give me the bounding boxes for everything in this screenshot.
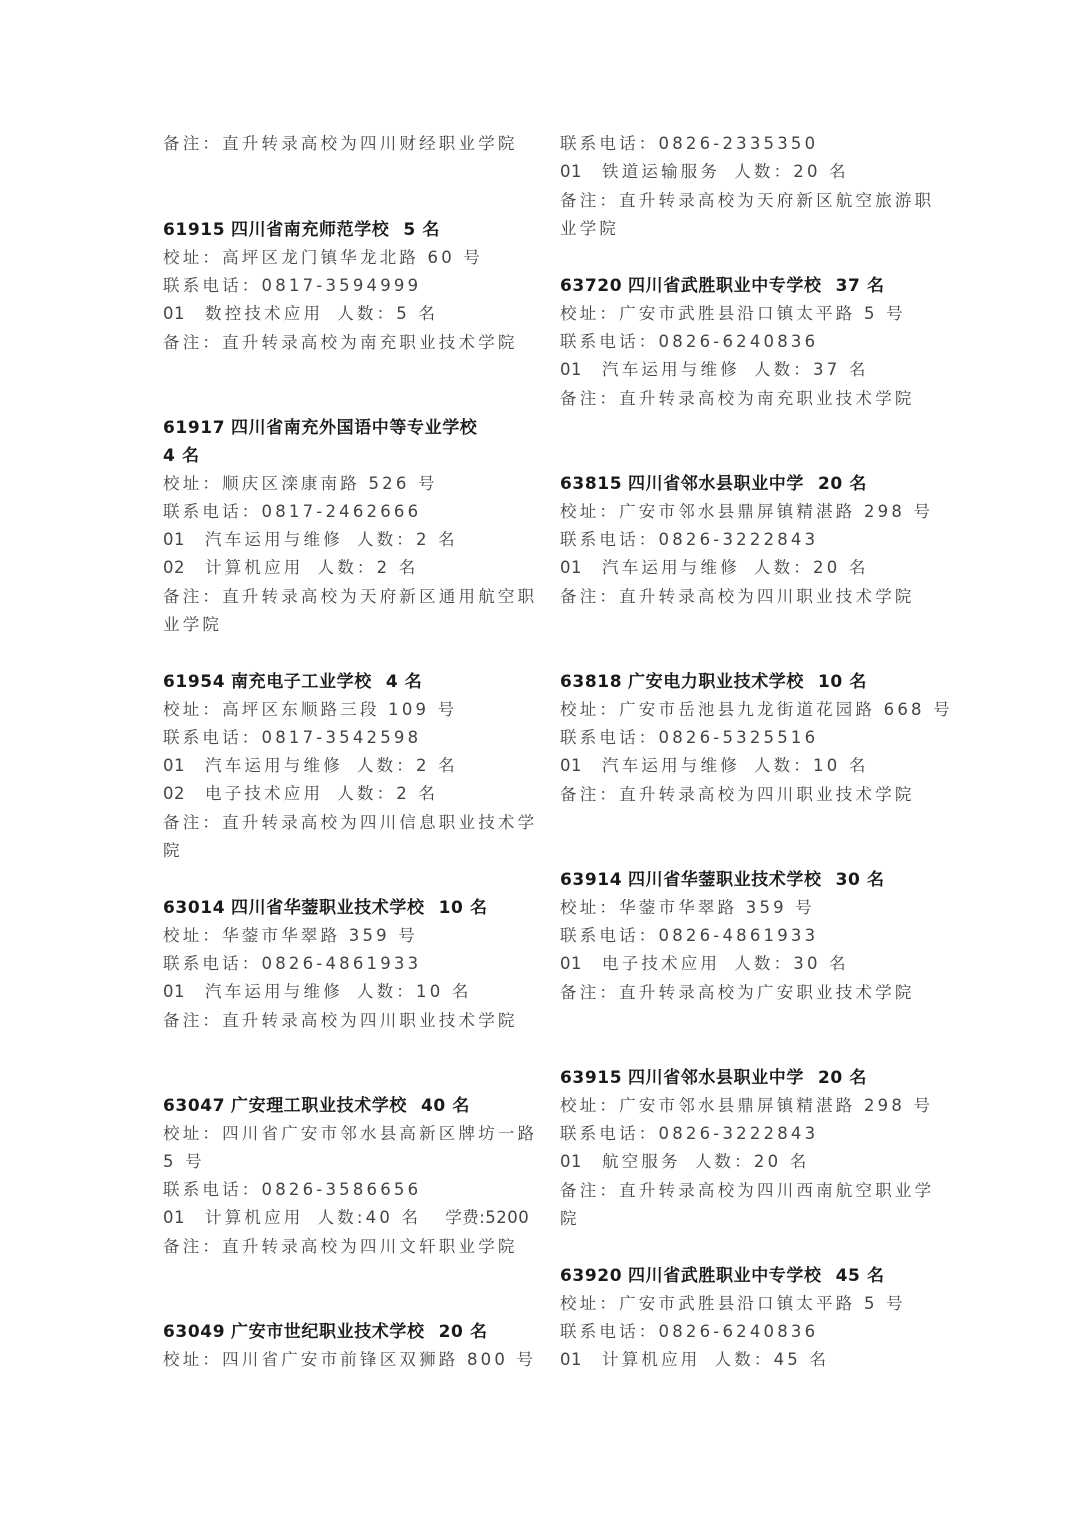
remark-line: 备注：直升转录高校为四川职业技术学院 [560, 784, 915, 806]
phone-line: 联系电话：0826-3586656 [163, 1179, 421, 1201]
school-title: 61915四川省南充师范学校5 名 [163, 219, 440, 241]
major-name: 数控技术应用 [205, 304, 323, 323]
phone-line: 联系电话：0826-4861933 [163, 953, 421, 975]
major-index: 01 [560, 359, 602, 381]
school-title: 61917四川省南充外国语中等专业学校 [163, 417, 477, 439]
remark-line: 备注：直升转录高校为天府新区通用航空职 [163, 586, 537, 608]
major-name: 汽车运用与维修 [205, 756, 343, 775]
school-code: 61954 [163, 671, 231, 693]
address-line: 校址：高坪区东顺路三段 109 号 [163, 699, 457, 721]
school-code: 63047 [163, 1095, 231, 1117]
address-line: 校址：广安市武胜县沿口镇太平路 5 号 [560, 303, 906, 325]
school-quota: 45 名 [836, 1266, 885, 1286]
major-item: 01数控技术应用人数：5 名 [163, 303, 438, 325]
school-code: 63920 [560, 1265, 628, 1287]
major-name: 航空服务 [602, 1152, 681, 1171]
phone-line: 联系电话：0817-2462666 [163, 501, 421, 523]
address-line: 校址：四川省广安市邻水县高新区牌坊一路 [163, 1123, 537, 1145]
school-name: 四川省邻水县职业中学 [628, 1068, 804, 1088]
school-code: 63720 [560, 275, 628, 297]
address-line: 校址：高坪区龙门镇华龙北路 60 号 [163, 247, 483, 269]
major-index: 01 [560, 1349, 602, 1371]
major-count: 人数：10 名 [357, 982, 472, 1001]
school-title: 63049广安市世纪职业技术学校20 名 [163, 1321, 488, 1343]
school-name: 四川省武胜职业中专学校 [628, 1266, 822, 1286]
school-quota: 10 名 [439, 898, 488, 918]
school-name: 四川省南充外国语中等专业学校 [231, 418, 477, 438]
school-code: 61917 [163, 417, 231, 439]
school-quota: 10 名 [818, 672, 867, 692]
school-name: 四川省华蓥职业技术学校 [231, 898, 425, 918]
major-fee: 学费:5200 [445, 1208, 529, 1227]
address-line: 校址：广安市武胜县沿口镇太平路 5 号 [560, 1293, 906, 1315]
school-code: 63815 [560, 473, 628, 495]
phone-line: 联系电话：0826-3222843 [560, 529, 818, 551]
remark-line: 院 [560, 1208, 580, 1230]
school-quota: 37 名 [836, 276, 885, 296]
major-item: 01汽车运用与维修人数：10 名 [560, 755, 869, 777]
address-line: 校址：华蓥市华翠路 359 号 [560, 897, 815, 919]
school-quota: 5 名 [403, 220, 440, 240]
major-name: 电子技术应用 [205, 784, 323, 803]
major-index: 02 [163, 783, 205, 805]
major-item: 01汽车运用与维修人数：2 名 [163, 755, 458, 777]
school-name: 四川省武胜职业中专学校 [628, 276, 822, 296]
school-quota: 4 名 [386, 672, 423, 692]
address-line: 校址：华蓥市华翠路 359 号 [163, 925, 418, 947]
major-name: 汽车运用与维修 [205, 530, 343, 549]
major-index: 01 [163, 981, 205, 1003]
major-count: 人数：5 名 [337, 304, 438, 323]
address-line: 校址：四川省广安市前锋区双狮路 800 号 [163, 1349, 536, 1371]
remark-line: 业学院 [163, 614, 222, 636]
major-item: 01汽车运用与维修人数：37 名 [560, 359, 869, 381]
major-index: 01 [560, 953, 602, 975]
school-quota: 20 名 [818, 1068, 867, 1088]
school-title: 63915四川省邻水县职业中学20 名 [560, 1067, 867, 1089]
major-count: 人数：2 名 [357, 530, 458, 549]
remark-line: 备注：直升转录高校为四川职业技术学院 [163, 1010, 518, 1032]
phone-line: 联系电话：0826-5325516 [560, 727, 818, 749]
major-name: 计算机应用 [205, 1208, 304, 1227]
school-title: 63818广安电力职业技术学校10 名 [560, 671, 867, 693]
school-title: 63014四川省华蓥职业技术学校10 名 [163, 897, 488, 919]
school-name: 四川省邻水县职业中学 [628, 474, 804, 494]
major-index: 02 [163, 557, 205, 579]
major-index: 01 [560, 1151, 602, 1173]
remark-line: 业学院 [560, 218, 619, 240]
remark-line: 备注：直升转录高校为四川西南航空职业学 [560, 1180, 934, 1202]
major-index: 01 [163, 755, 205, 777]
major-item: 01汽车运用与维修人数：2 名 [163, 529, 458, 551]
major-name: 铁道运输服务 [602, 162, 720, 181]
school-name: 广安市世纪职业技术学校 [231, 1322, 425, 1342]
phone-line: 联系电话：0826-2335350 [560, 133, 818, 155]
address-line: 5 号 [163, 1151, 205, 1173]
school-quota: 4 名 [163, 445, 200, 467]
major-name: 汽车运用与维修 [205, 982, 343, 1001]
major-item: 01计算机应用人数:40 名学费:5200 [163, 1207, 529, 1229]
remark-line: 备注：直升转录高校为四川文轩职业学院 [163, 1236, 518, 1258]
school-title: 61954南充电子工业学校4 名 [163, 671, 422, 693]
address-line: 校址：广安市岳池县九龙街道花园路 668 号 [560, 699, 953, 721]
school-title: 63720四川省武胜职业中专学校37 名 [560, 275, 885, 297]
major-count: 人数：2 名 [318, 558, 419, 577]
remark-line: 备注：直升转录高校为四川财经职业学院 [163, 133, 518, 155]
school-quota: 30 名 [836, 870, 885, 890]
major-name: 电子技术应用 [602, 954, 720, 973]
major-index: 01 [163, 529, 205, 551]
school-name: 广安电力职业技术学校 [628, 672, 804, 692]
remark-line: 备注：直升转录高校为南充职业技术学院 [163, 332, 518, 354]
school-name: 四川省南充师范学校 [231, 220, 389, 240]
major-count: 人数：20 名 [734, 162, 849, 181]
phone-line: 联系电话：0826-6240836 [560, 331, 818, 353]
school-name: 南充电子工业学校 [231, 672, 372, 692]
major-item: 01计算机应用人数：45 名 [560, 1349, 829, 1371]
major-index: 01 [560, 161, 602, 183]
major-item: 01航空服务人数：20 名 [560, 1151, 809, 1173]
major-name: 汽车运用与维修 [602, 558, 740, 577]
school-title: 63920四川省武胜职业中专学校45 名 [560, 1265, 885, 1287]
major-count: 人数：2 名 [337, 784, 438, 803]
school-code: 63818 [560, 671, 628, 693]
school-title: 63815四川省邻水县职业中学20 名 [560, 473, 867, 495]
school-quota: 20 名 [439, 1322, 488, 1342]
major-item: 01铁道运输服务人数：20 名 [560, 161, 849, 183]
phone-line: 联系电话：0826-4861933 [560, 925, 818, 947]
major-item: 01汽车运用与维修人数：20 名 [560, 557, 869, 579]
major-count: 人数：20 名 [754, 558, 869, 577]
major-count: 人数：30 名 [734, 954, 849, 973]
major-count: 人数：45 名 [715, 1350, 830, 1369]
school-quota: 20 名 [818, 474, 867, 494]
major-name: 汽车运用与维修 [602, 360, 740, 379]
school-title: 63047广安理工职业技术学校40 名 [163, 1095, 470, 1117]
school-code: 63049 [163, 1321, 231, 1343]
remark-line: 备注：直升转录高校为四川信息职业技术学 [163, 812, 537, 834]
school-title: 63914四川省华蓥职业技术学校30 名 [560, 869, 885, 891]
major-name: 计算机应用 [602, 1350, 701, 1369]
major-count: 人数:40 名 [318, 1208, 422, 1227]
phone-line: 联系电话：0817-3542598 [163, 727, 421, 749]
address-line: 校址：广安市邻水县鼎屏镇精湛路 298 号 [560, 1095, 933, 1117]
school-name: 广安理工职业技术学校 [231, 1096, 407, 1116]
phone-line: 联系电话：0817-3594999 [163, 275, 421, 297]
address-line: 校址：顺庆区滦康南路 526 号 [163, 473, 438, 495]
major-count: 人数：20 名 [695, 1152, 810, 1171]
address-line: 校址：广安市邻水县鼎屏镇精湛路 298 号 [560, 501, 933, 523]
major-count: 人数：2 名 [357, 756, 458, 775]
major-index: 01 [560, 557, 602, 579]
major-item: 01电子技术应用人数：30 名 [560, 953, 849, 975]
major-name: 汽车运用与维修 [602, 756, 740, 775]
major-index: 01 [163, 1207, 205, 1229]
school-name: 四川省华蓥职业技术学校 [628, 870, 822, 890]
major-index: 01 [560, 755, 602, 777]
school-code: 63914 [560, 869, 628, 891]
remark-line: 备注：直升转录高校为南充职业技术学院 [560, 388, 915, 410]
phone-line: 联系电话：0826-3222843 [560, 1123, 818, 1145]
school-code: 61915 [163, 219, 231, 241]
remark-line: 备注：直升转录高校为广安职业技术学院 [560, 982, 915, 1004]
remark-line: 备注：直升转录高校为天府新区航空旅游职 [560, 190, 934, 212]
major-count: 人数：37 名 [754, 360, 869, 379]
phone-line: 联系电话：0826-6240836 [560, 1321, 818, 1343]
remark-line: 院 [163, 840, 183, 862]
major-item: 02计算机应用人数：2 名 [163, 557, 418, 579]
school-code: 63915 [560, 1067, 628, 1089]
major-item: 02电子技术应用人数：2 名 [163, 783, 438, 805]
major-index: 01 [163, 303, 205, 325]
major-name: 计算机应用 [205, 558, 304, 577]
major-count: 人数：10 名 [754, 756, 869, 775]
school-code: 63014 [163, 897, 231, 919]
major-item: 01汽车运用与维修人数：10 名 [163, 981, 472, 1003]
school-quota: 40 名 [421, 1096, 470, 1116]
remark-line: 备注：直升转录高校为四川职业技术学院 [560, 586, 915, 608]
